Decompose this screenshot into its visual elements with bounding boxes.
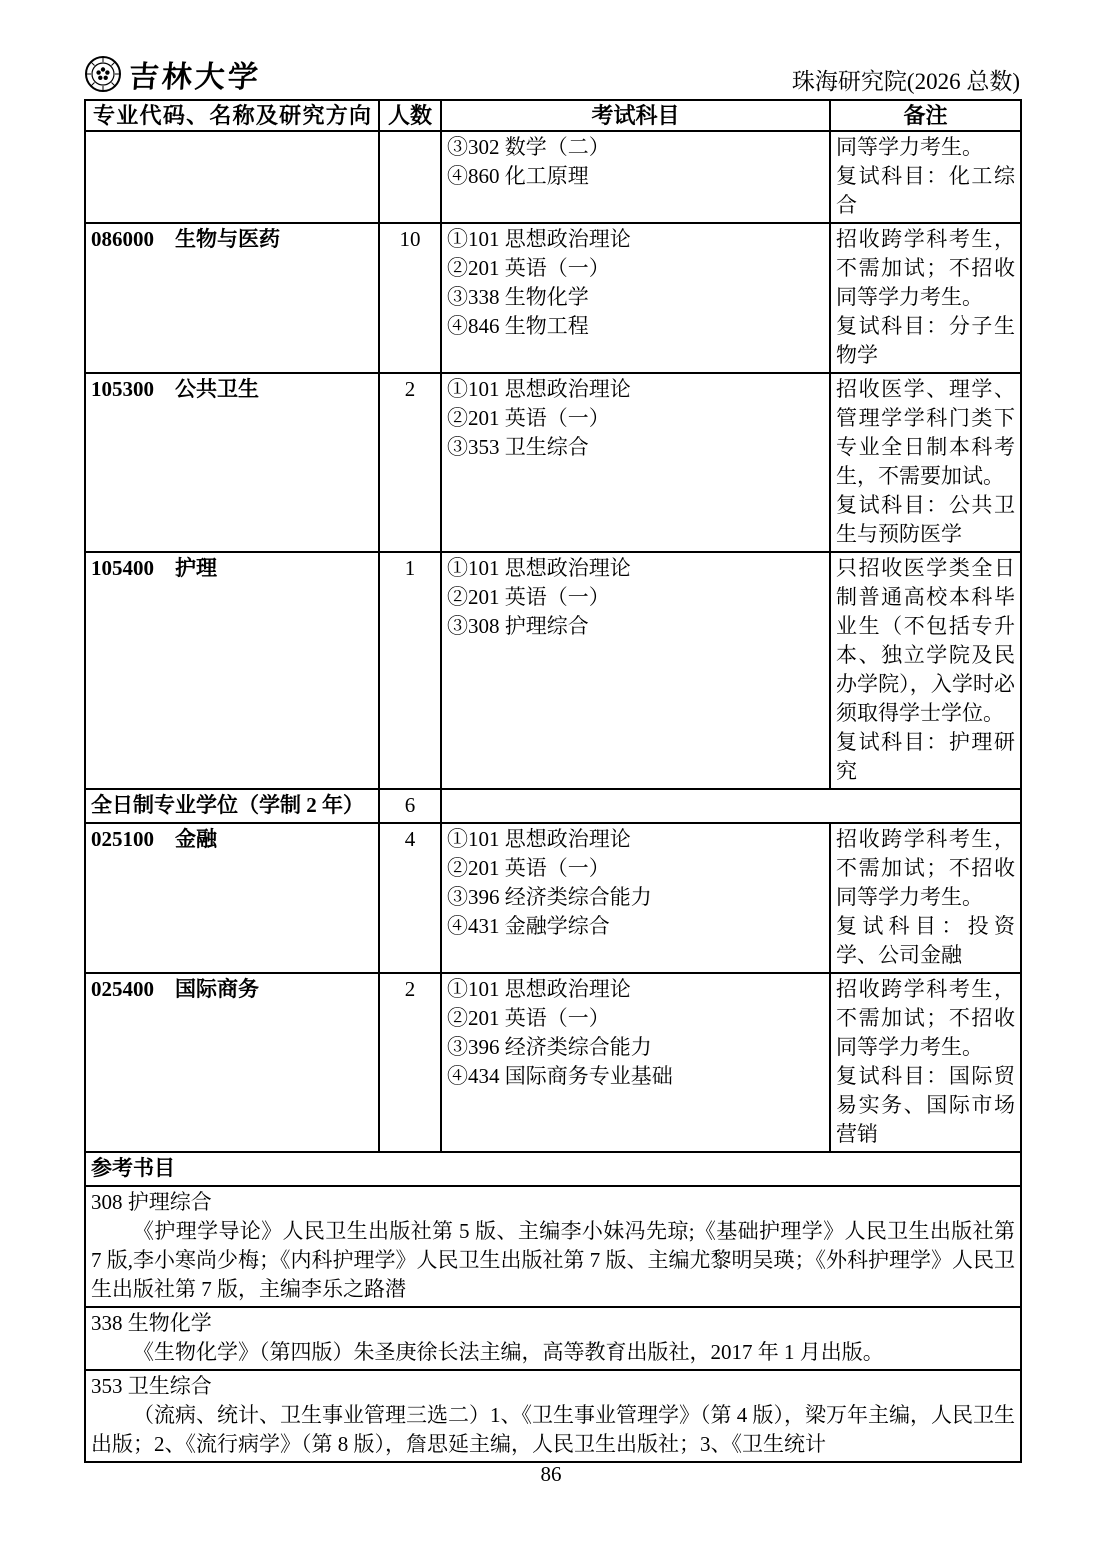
count-cell: 4	[379, 823, 441, 973]
program-row: 025100 金融4①101 思想政治理论②201 英语（一）③396 经济类综…	[85, 823, 1021, 973]
program-cell: 025100 金融	[85, 823, 379, 973]
column-header-count: 人数	[379, 100, 441, 131]
university-name-text: 吉林大学	[127, 52, 262, 96]
reference-book-cell: 338 生物化学《生物化学》（第四版）朱圣庚徐长法主编，高等教育出版社，2017…	[85, 1307, 1021, 1370]
column-header-program: 专业代码、名称及研究方向	[85, 100, 379, 131]
program-row: 105300 公共卫生2①101 思想政治理论②201 英语（一）③353 卫生…	[85, 373, 1021, 552]
program-cell: 105400 护理	[85, 552, 379, 789]
exam-subject-line: ①101 思想政治理论	[447, 554, 824, 583]
table-header-row: 专业代码、名称及研究方向 人数 考试科目 备注	[85, 100, 1021, 131]
exam-subject-line: ①101 思想政治理论	[447, 975, 824, 1004]
exam-subject-line: ③396 经济类综合能力	[447, 1033, 824, 1062]
reference-book-cell: 353 卫生综合（流病、统计、卫生事业管理三选二）1、《卫生事业管理学》（第 4…	[85, 1370, 1021, 1462]
exam-subject-line: ③396 经济类综合能力	[447, 883, 824, 912]
program-row: 086000 生物与医药10①101 思想政治理论②201 英语（一）③338 …	[85, 223, 1021, 373]
university-logo: 吉林大学	[84, 52, 261, 98]
count-cell: 2	[379, 373, 441, 552]
page-number: 86	[0, 1462, 1102, 1487]
exam-subject-line: ①101 思想政治理论	[447, 375, 824, 404]
remark-paragraph: 复试科目：分子生物学	[836, 312, 1015, 370]
reference-book-row: 308 护理综合《护理学导论》人民卫生出版社第 5 版、主编李小妹冯先琼;《基础…	[85, 1186, 1021, 1307]
book-content: （流病、统计、卫生事业管理三选二）1、《卫生事业管理学》（第 4 版），梁万年主…	[91, 1401, 1015, 1459]
remark-cell: 招收医学、理学、管理学学科门类下专业全日制本科考生，不需要加试。复试科目：公共卫…	[830, 373, 1021, 552]
program-cell	[85, 131, 379, 223]
remark-paragraph: 招收跨学科考生，不需加试；不招收同等学力考生。	[836, 225, 1015, 312]
reference-book-cell: 308 护理综合《护理学导论》人民卫生出版社第 5 版、主编李小妹冯先琼;《基础…	[85, 1186, 1021, 1307]
exam-subject-line: ①101 思想政治理论	[447, 225, 824, 254]
exam-subject-line: ③308 护理综合	[447, 612, 824, 641]
exam-subject-line: ④860 化工原理	[447, 162, 824, 191]
program-cell: 086000 生物与医药	[85, 223, 379, 373]
book-code-label: 338 生物化学	[91, 1309, 1015, 1338]
section-row: 全日制专业学位（学制 2 年）6	[85, 789, 1021, 823]
remark-paragraph: 复试科目：公共卫生与预防医学	[836, 491, 1015, 549]
remark-cell: 只招收医学类全日制普通高校本科毕业生（不包括专升本、独立学院及民办学院），入学时…	[830, 552, 1021, 789]
remark-cell: 招收跨学科考生，不需加试；不招收同等学力考生。复试科目：国际贸易实务、国际市场营…	[830, 973, 1021, 1152]
book-content: 《护理学导论》人民卫生出版社第 5 版、主编李小妹冯先琼;《基础护理学》人民卫生…	[91, 1217, 1015, 1304]
program-row: 105400 护理1①101 思想政治理论②201 英语（一）③308 护理综合…	[85, 552, 1021, 789]
remark-paragraph: 复试科目：投资学、公司金融	[836, 912, 1015, 970]
subjects-cell: ①101 思想政治理论②201 英语（一）③338 生物化学④846 生物工程	[441, 223, 830, 373]
subjects-cell: ①101 思想政治理论②201 英语（一）③396 经济类综合能力④434 国际…	[441, 973, 830, 1152]
remark-paragraph: 复试科目：护理研究	[836, 728, 1015, 786]
book-code-label: 308 护理综合	[91, 1188, 1015, 1217]
exam-subject-line: ④431 金融学综合	[447, 912, 824, 941]
document-header: 吉林大学 珠海研究院(2026 总数)	[84, 54, 1020, 98]
column-header-remark: 备注	[830, 100, 1021, 131]
document-page: 吉林大学 珠海研究院(2026 总数) 专业代码、名称及研究方向 人数 考试科目…	[0, 0, 1102, 1559]
exam-subject-line: ④846 生物工程	[447, 312, 824, 341]
count-cell	[379, 131, 441, 223]
reference-title-row: 参考书目	[85, 1152, 1021, 1186]
reference-book-row: 338 生物化学《生物化学》（第四版）朱圣庚徐长法主编，高等教育出版社，2017…	[85, 1307, 1021, 1370]
count-cell: 10	[379, 223, 441, 373]
subjects-cell: ③302 数学（二）④860 化工原理	[441, 131, 830, 223]
program-cell: 105300 公共卫生	[85, 373, 379, 552]
exam-subject-line: ④434 国际商务专业基础	[447, 1062, 824, 1091]
exam-subject-line: ②201 英语（一）	[447, 254, 824, 283]
exam-subject-line: ③338 生物化学	[447, 283, 824, 312]
program-cell: 全日制专业学位（学制 2 年）	[85, 789, 379, 823]
remark-cell: 同等学力考生。复试科目：化工综合	[830, 131, 1021, 223]
exam-subject-line: ②201 英语（一）	[447, 583, 824, 612]
subjects-cell: ①101 思想政治理论②201 英语（一）③396 经济类综合能力④431 金融…	[441, 823, 830, 973]
exam-subject-line: ②201 英语（一）	[447, 854, 824, 883]
remark-paragraph: 招收跨学科考生，不需加试；不招收同等学力考生。	[836, 975, 1015, 1062]
program-cell: 025400 国际商务	[85, 973, 379, 1152]
section-merged-cell	[441, 789, 1021, 823]
university-seal-icon	[84, 55, 122, 93]
remark-paragraph: 招收跨学科考生，不需加试；不招收同等学力考生。	[836, 825, 1015, 912]
book-content: 《生物化学》（第四版）朱圣庚徐长法主编，高等教育出版社，2017 年 1 月出版…	[91, 1338, 1015, 1367]
count-cell: 2	[379, 973, 441, 1152]
book-code-label: 353 卫生综合	[91, 1372, 1015, 1401]
remark-paragraph: 同等学力考生。	[836, 133, 1015, 162]
exam-subject-line: ③302 数学（二）	[447, 133, 824, 162]
exam-subject-line: ③353 卫生综合	[447, 433, 824, 462]
count-cell: 6	[379, 789, 441, 823]
program-row: ③302 数学（二）④860 化工原理同等学力考生。复试科目：化工综合	[85, 131, 1021, 223]
program-row: 025400 国际商务2①101 思想政治理论②201 英语（一）③396 经济…	[85, 973, 1021, 1152]
admission-programs-table: 专业代码、名称及研究方向 人数 考试科目 备注 ③302 数学（二）④860 化…	[84, 99, 1022, 1463]
remark-cell: 招收跨学科考生，不需加试；不招收同等学力考生。复试科目：投资学、公司金融	[830, 823, 1021, 973]
subjects-cell: ①101 思想政治理论②201 英语（一）③353 卫生综合	[441, 373, 830, 552]
count-cell: 1	[379, 552, 441, 789]
reference-title-cell: 参考书目	[85, 1152, 1021, 1186]
subjects-cell: ①101 思想政治理论②201 英语（一）③308 护理综合	[441, 552, 830, 789]
exam-subject-line: ②201 英语（一）	[447, 404, 824, 433]
remark-cell: 招收跨学科考生，不需加试；不招收同等学力考生。复试科目：分子生物学	[830, 223, 1021, 373]
reference-book-row: 353 卫生综合（流病、统计、卫生事业管理三选二）1、《卫生事业管理学》（第 4…	[85, 1370, 1021, 1462]
exam-subject-line: ②201 英语（一）	[447, 1004, 824, 1033]
column-header-subjects: 考试科目	[441, 100, 830, 131]
remark-paragraph: 复试科目：化工综合	[836, 162, 1015, 220]
remark-paragraph: 招收医学、理学、管理学学科门类下专业全日制本科考生，不需要加试。	[836, 375, 1015, 491]
exam-subject-line: ①101 思想政治理论	[447, 825, 824, 854]
remark-paragraph: 只招收医学类全日制普通高校本科毕业生（不包括专升本、独立学院及民办学院），入学时…	[836, 554, 1015, 728]
institute-title: 珠海研究院(2026 总数)	[792, 63, 1020, 98]
remark-paragraph: 复试科目：国际贸易实务、国际市场营销	[836, 1062, 1015, 1149]
